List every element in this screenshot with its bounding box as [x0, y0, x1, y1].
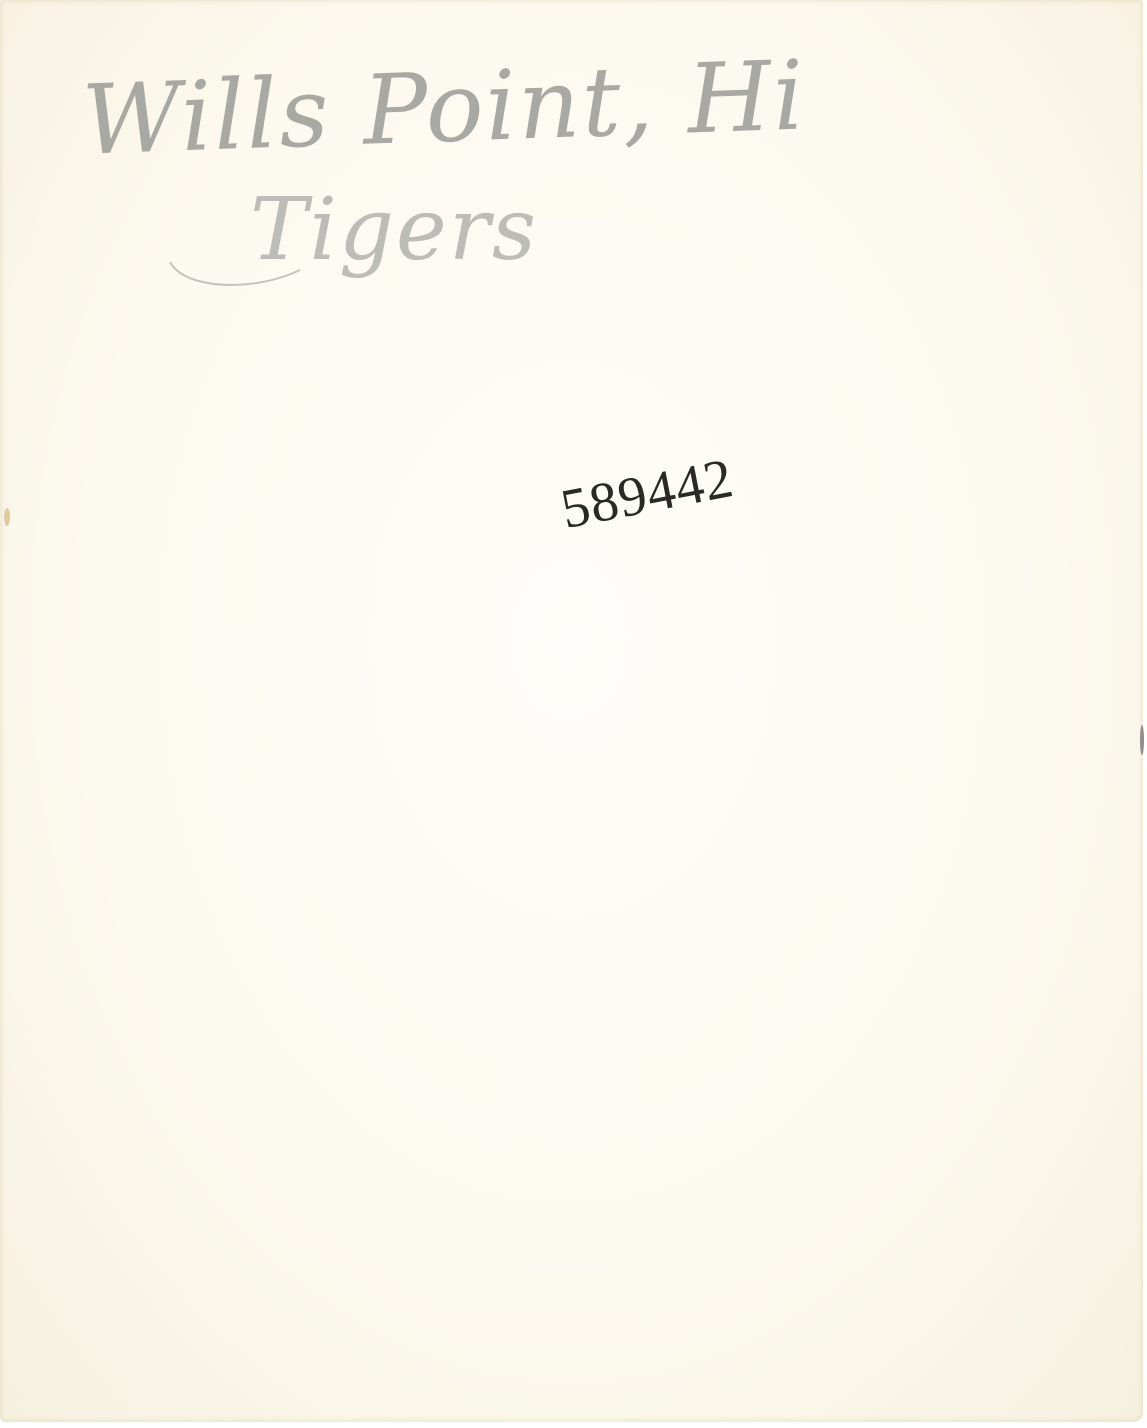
- photo-back-card: Wills Point, Hi Tigers 589442: [0, 0, 1143, 1422]
- handwriting-location: Wills Point, Hi: [80, 39, 807, 176]
- stamped-number: 589442: [556, 446, 739, 542]
- edge-mark: [1140, 725, 1144, 755]
- edge-stain: [4, 508, 10, 526]
- handwriting-team: Tigers: [250, 180, 538, 280]
